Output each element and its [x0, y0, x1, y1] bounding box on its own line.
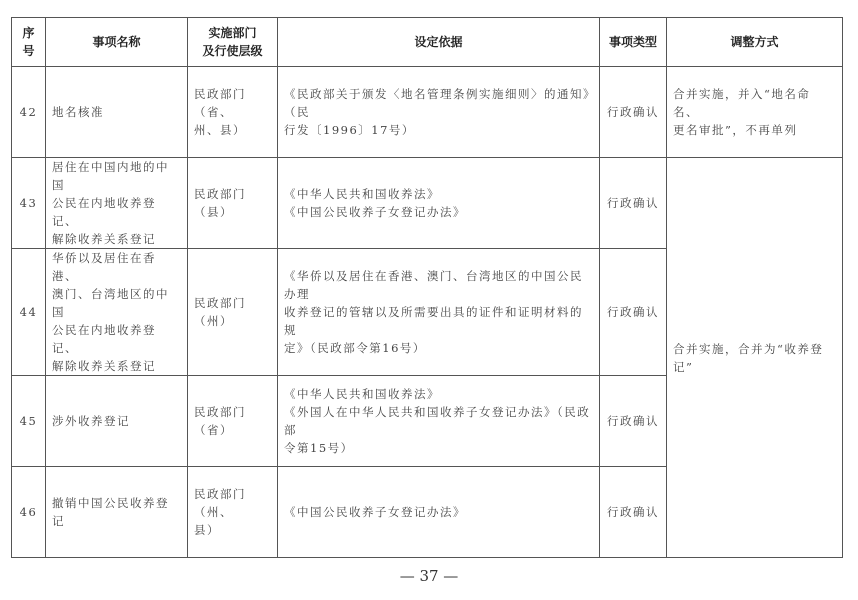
cell-basis: 《中国公民收养子女登记办法》 — [278, 467, 600, 558]
cell-basis: 《中华人民共和国收养法》 《外国人在中华人民共和国收养子女登记办法》（民政部 令… — [278, 376, 600, 467]
cell-line: 民政部门（省、 — [194, 85, 271, 121]
header-no-line: 序 — [18, 24, 39, 42]
page-number: — 37 — — [0, 567, 858, 585]
cell-line: 撤销中国公民收养登记 — [52, 494, 181, 530]
header-dept: 实施部门 及行使层级 — [188, 18, 278, 67]
cell-line: 合并实施，并入“地名命名、 — [673, 85, 836, 121]
cell-line: 民政部门（省） — [194, 403, 271, 439]
cell-type: 行政确认 — [600, 158, 667, 249]
cell-line: 县） — [194, 521, 271, 539]
cell-type: 行政确认 — [600, 376, 667, 467]
cell-line: 行发〔1996〕17号） — [284, 121, 593, 139]
cell-line: 收养登记的管辖以及所需要出具的证件和证明材料的规 — [284, 303, 593, 339]
cell-line: 合并实施，合并为“收养登 — [673, 340, 836, 358]
cell-dept: 民政部门（省） — [188, 376, 278, 467]
cell-no: 44 — [12, 249, 46, 376]
cell-line: 《中国公民收养子女登记办法》 — [284, 203, 593, 221]
header-no-line: 号 — [18, 42, 39, 60]
cell-line: 公民在内地收养登记、 — [52, 321, 181, 357]
cell-type: 行政确认 — [600, 249, 667, 376]
cell-type: 行政确认 — [600, 467, 667, 558]
cell-line: 《中国公民收养子女登记办法》 — [284, 503, 593, 521]
cell-line: 《中华人民共和国收养法》 — [284, 385, 593, 403]
cell-line: 民政部门（县） — [194, 185, 271, 221]
cell-basis: 《民政部关于颁发〈地名管理条例实施细则〉的通知》（民 行发〔1996〕17号） — [278, 67, 600, 158]
cell-line: 更名审批”，不再单列 — [673, 121, 836, 139]
cell-line: 居住在中国内地的中国 — [52, 158, 181, 194]
cell-line: 解除收养关系登记 — [52, 230, 181, 248]
table-row: 43 居住在中国内地的中国 公民在内地收养登记、 解除收养关系登记 民政部门（县… — [12, 158, 843, 249]
table-row: 42 地名核准 民政部门（省、 州、县） 《民政部关于颁发〈地名管理条例实施细则… — [12, 67, 843, 158]
cell-line: 记” — [673, 358, 836, 376]
header-no: 序 号 — [12, 18, 46, 67]
header-adjust: 调整方式 — [667, 18, 843, 67]
cell-line: 解除收养关系登记 — [52, 357, 181, 375]
cell-name: 涉外收养登记 — [46, 376, 188, 467]
cell-line: 定》（民政部令第16号） — [284, 339, 593, 357]
cell-name: 华侨以及居住在香港、 澳门、台湾地区的中国 公民在内地收养登记、 解除收养关系登… — [46, 249, 188, 376]
cell-line: 地名核准 — [52, 103, 181, 121]
header-basis: 设定依据 — [278, 18, 600, 67]
cell-line: 公民在内地收养登记、 — [52, 194, 181, 230]
cell-line: 涉外收养登记 — [52, 412, 181, 430]
cell-line: 华侨以及居住在香港、 — [52, 249, 181, 285]
cell-line: 澳门、台湾地区的中国 — [52, 285, 181, 321]
cell-line: 令第15号） — [284, 439, 593, 457]
cell-name: 撤销中国公民收养登记 — [46, 467, 188, 558]
header-dept-line: 及行使层级 — [194, 42, 271, 60]
cell-no: 45 — [12, 376, 46, 467]
cell-dept: 民政部门（省、 州、县） — [188, 67, 278, 158]
cell-no: 43 — [12, 158, 46, 249]
cell-line: 《中华人民共和国收养法》 — [284, 185, 593, 203]
cell-name: 地名核准 — [46, 67, 188, 158]
header-row: 序 号 事项名称 实施部门 及行使层级 设定依据 事项类型 调整方式 — [12, 18, 843, 67]
cell-no: 46 — [12, 467, 46, 558]
cell-name: 居住在中国内地的中国 公民在内地收养登记、 解除收养关系登记 — [46, 158, 188, 249]
matters-table: 序 号 事项名称 实施部门 及行使层级 设定依据 事项类型 调整方式 42 地名… — [11, 17, 843, 558]
cell-line: 《民政部关于颁发〈地名管理条例实施细则〉的通知》（民 — [284, 85, 593, 121]
cell-no: 42 — [12, 67, 46, 158]
header-name: 事项名称 — [46, 18, 188, 67]
cell-dept: 民政部门（州、 县） — [188, 467, 278, 558]
cell-line: 《华侨以及居住在香港、澳门、台湾地区的中国公民办理 — [284, 267, 593, 303]
cell-line: 民政部门（州、 — [194, 485, 271, 521]
cell-adjust: 合并实施，并入“地名命名、 更名审批”，不再单列 — [667, 67, 843, 158]
cell-basis: 《华侨以及居住在香港、澳门、台湾地区的中国公民办理 收养登记的管辖以及所需要出具… — [278, 249, 600, 376]
cell-basis: 《中华人民共和国收养法》 《中国公民收养子女登记办法》 — [278, 158, 600, 249]
cell-line: 州、县） — [194, 121, 271, 139]
cell-type: 行政确认 — [600, 67, 667, 158]
cell-line: 民政部门（州） — [194, 294, 271, 330]
header-dept-line: 实施部门 — [194, 24, 271, 42]
cell-dept: 民政部门（州） — [188, 249, 278, 376]
cell-adjust-merged: 合并实施，合并为“收养登 记” — [667, 158, 843, 558]
cell-dept: 民政部门（县） — [188, 158, 278, 249]
header-type: 事项类型 — [600, 18, 667, 67]
cell-line: 《外国人在中华人民共和国收养子女登记办法》（民政部 — [284, 403, 593, 439]
